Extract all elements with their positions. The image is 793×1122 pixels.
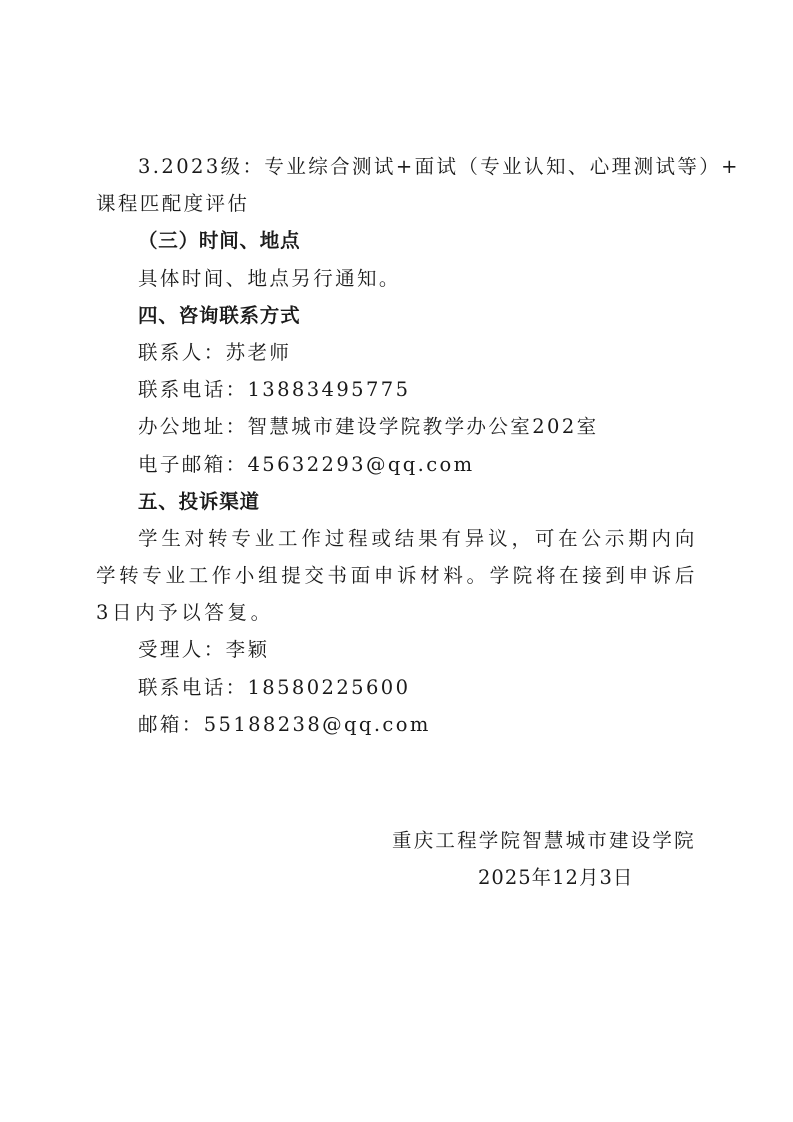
time-place-text: 具体时间、地点另行通知。: [96, 260, 698, 297]
section-heading-complaint: 五、投诉渠道: [96, 483, 698, 520]
subsection-heading-time-place: （三）时间、地点: [96, 222, 698, 259]
contact-email: 电子邮箱：45632293@qq.com: [96, 446, 698, 483]
complaint-paragraph: 学生对转专业工作过程或结果有异议，可在公示期内向学转专业工作小组提交书面申诉材料…: [96, 520, 698, 632]
contact-person: 联系人：苏老师: [96, 334, 698, 371]
section-heading-consult: 四、咨询联系方式: [96, 297, 698, 334]
complaint-handler: 受理人：李颖: [96, 631, 698, 668]
signature-date: 2025年12月3日: [478, 859, 633, 896]
office-address: 办公地址：智慧城市建设学院教学办公室202室: [96, 408, 698, 445]
complaint-phone: 联系电话：18580225600: [96, 669, 698, 706]
contact-phone: 联系电话：13883495775: [96, 371, 698, 408]
complaint-email: 邮箱：55188238@qq.com: [96, 706, 698, 743]
assessment-item-2023-line2: 课程匹配度评估: [96, 185, 698, 222]
assessment-item-2023-line1: 3.2023级：专业综合测试+面试（专业认知、心理测试等）+: [96, 148, 698, 185]
document-body: 3.2023级：专业综合测试+面试（专业认知、心理测试等）+ 课程匹配度评估 （…: [96, 148, 698, 743]
signature-organization: 重庆工程学院智慧城市建设学院: [392, 822, 696, 859]
